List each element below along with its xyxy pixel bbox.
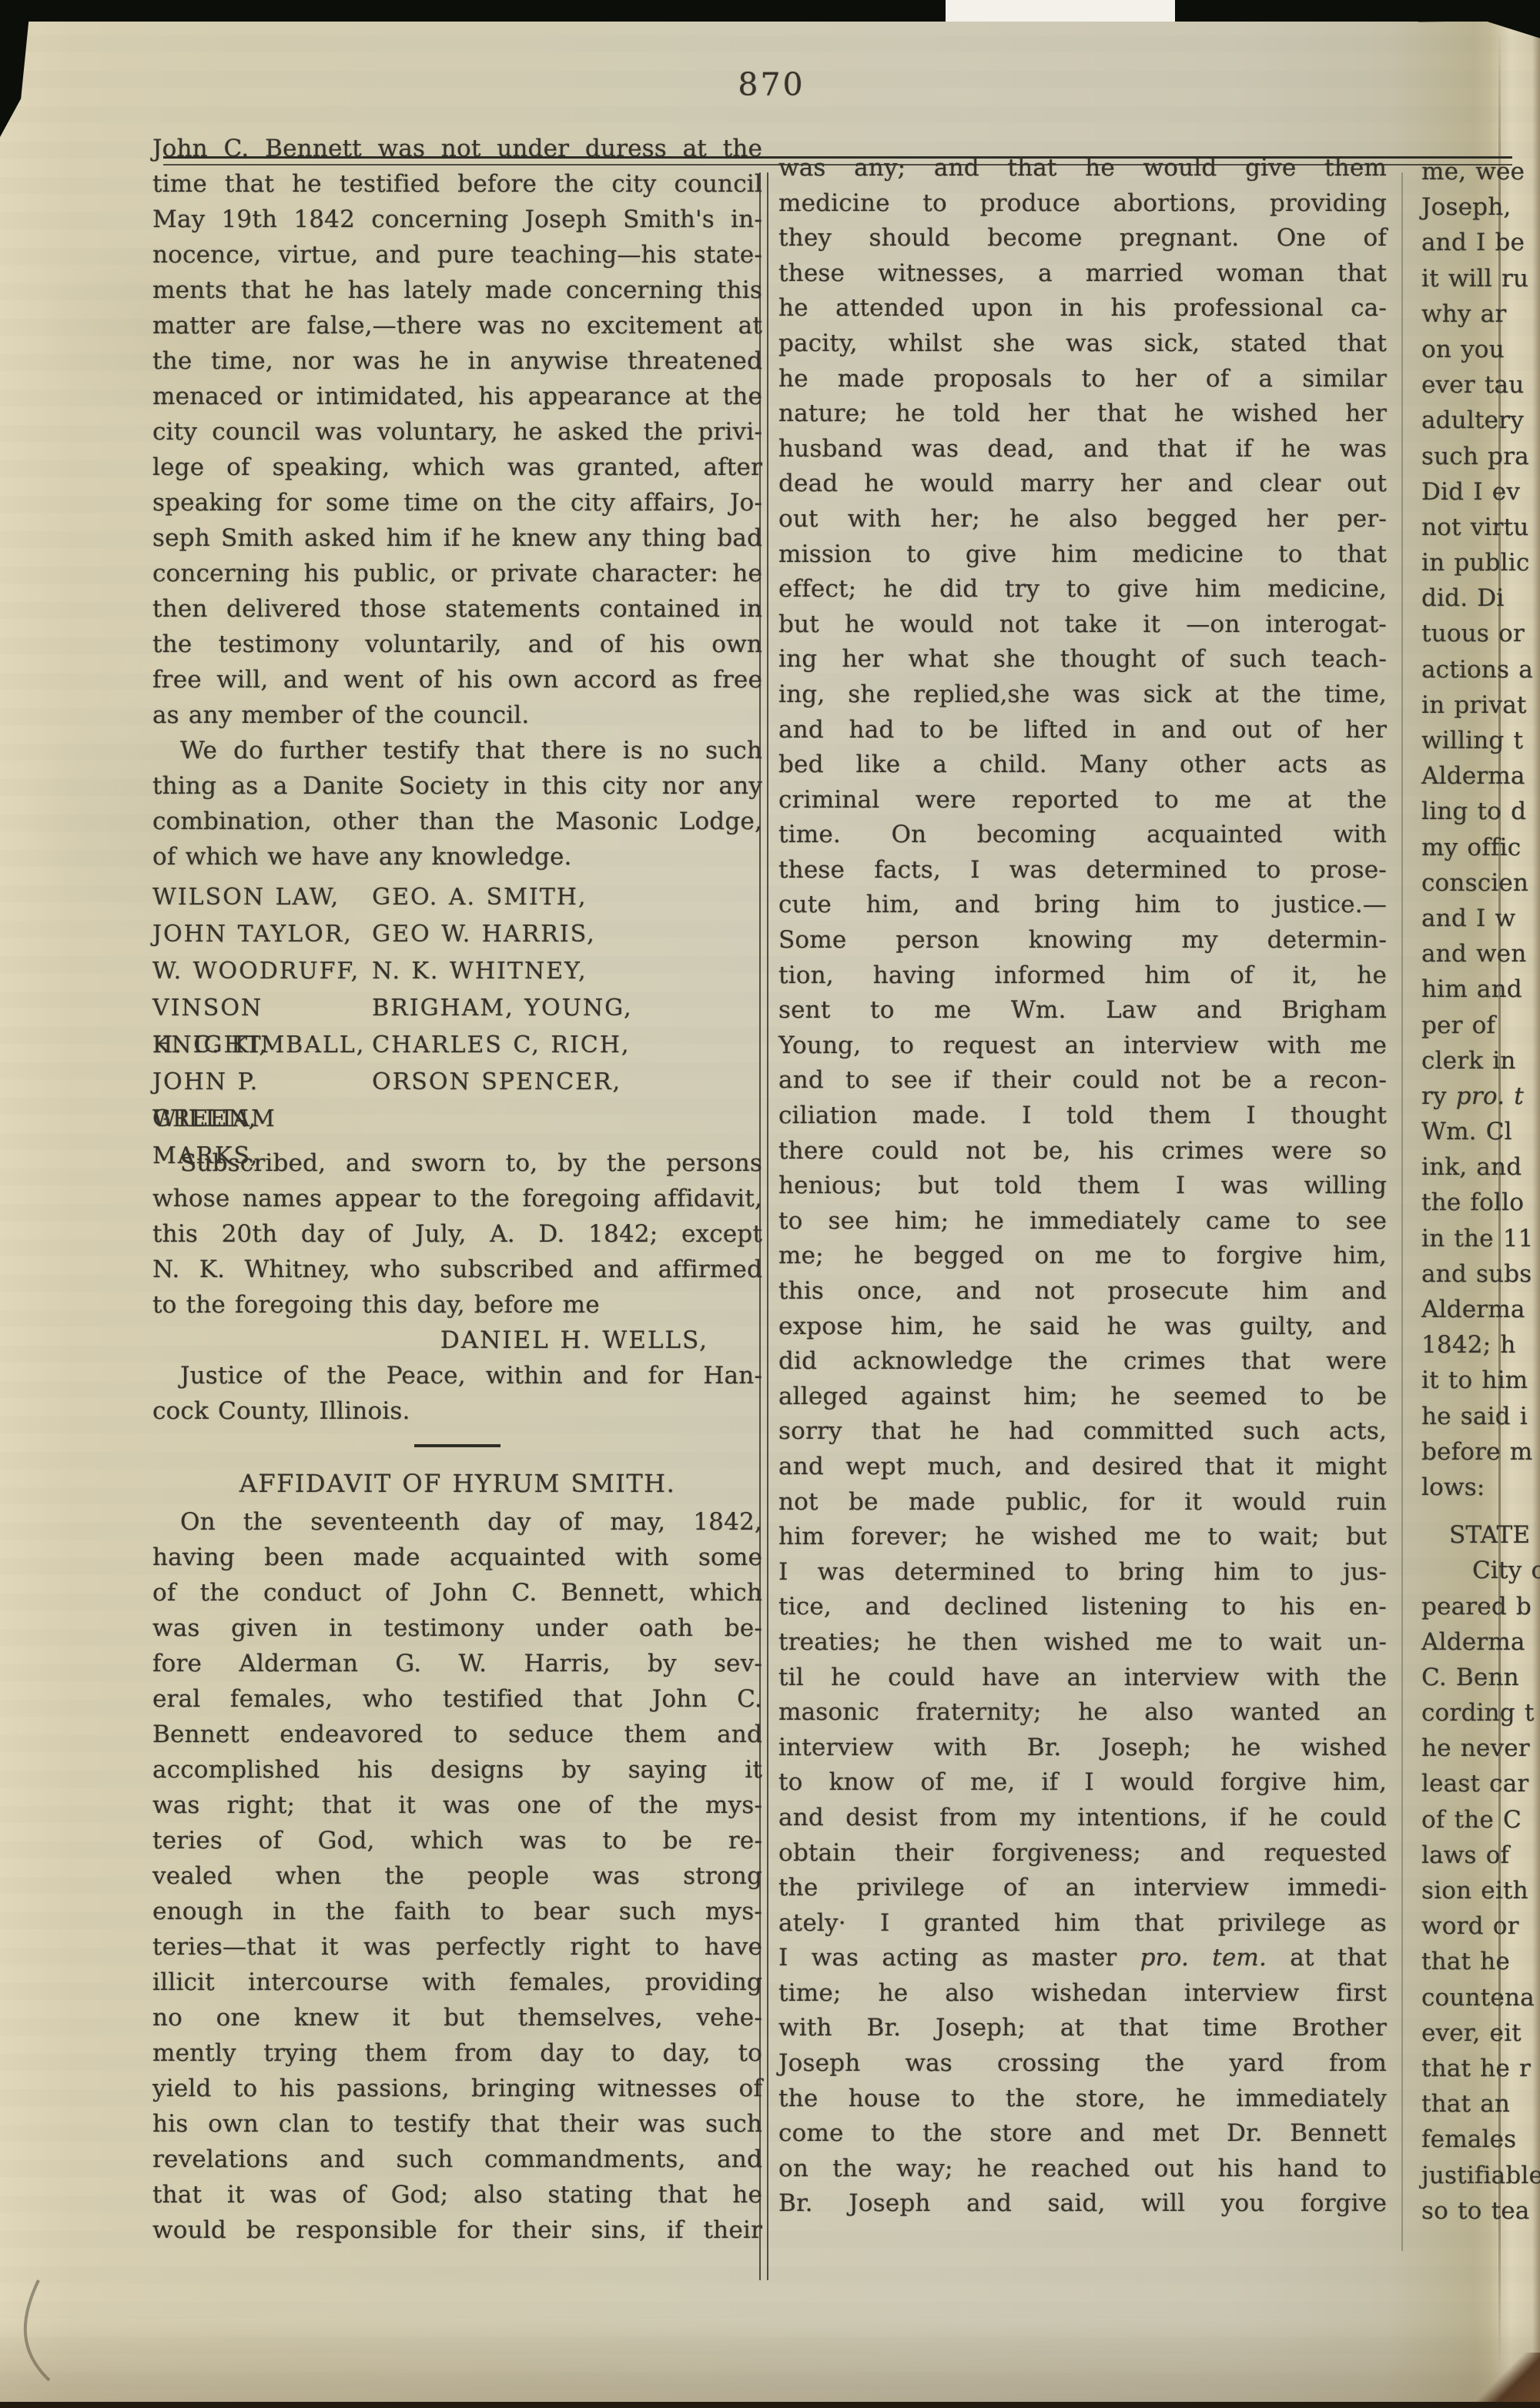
signatory-row: WILSON LAW,GEO. A. SMITH, [152,879,762,916]
text-line: cording t [1421,1695,1540,1731]
text-line: Wm. Cl [1421,1114,1540,1149]
paragraph: John C. Bennett was not under duress at … [152,131,762,733]
text-line: medicine to produce abortions, providing [778,186,1387,222]
text-line: he attended upon in his professional ca- [778,291,1387,326]
text-line: henious; but told them I was willing [778,1169,1387,1204]
text-line: criminal were reported to me at the [778,783,1387,818]
text-line: Joseph was crossing the yard from [778,2046,1387,2082]
signatory-name: H. C. KIMBALL, [152,1027,372,1064]
text-line: they should become pregnant. One of [778,221,1387,256]
text-line: not be made public, for it would ruin [778,1485,1387,1520]
page-number: 870 [733,66,810,103]
text-line: it will ru [1421,261,1540,296]
scan-top-white-tab [946,0,1175,22]
text-line: as any member of the council. [152,697,762,733]
text-line: ately· I granted him that privilege as [778,1906,1387,1941]
text-line: cute him, and bring him to justice.— [778,888,1387,923]
text-line: on you [1421,332,1540,367]
text-line: expose him, he said he was guilty, and [778,1309,1387,1345]
text-line: tuous or [1421,616,1540,651]
text-line: bed like a child. Many other acts as [778,747,1387,783]
text-line: his own clan to testify that their was s… [152,2106,762,2142]
text-line: yield to his passions, bringing witnesse… [152,2071,762,2106]
text-line: was right; that it was one of the mys- [152,1788,762,1823]
text-line: and desist from my intentions, if he cou… [778,1801,1387,1836]
text-line: I was determined to bring him to jus- [778,1555,1387,1590]
text-line: to know of me, if I would forgive him, [778,1765,1387,1801]
text-line: Subscribed, and sworn to, by the persons [152,1145,762,1181]
text-line: I was acting as master pro. tem. at that [778,1941,1387,1976]
signatory-name: N. K. WHITNEY, [372,953,762,990]
section-divider-rule [152,1429,762,1463]
text-line: C. Benn [1421,1660,1540,1695]
text-line: of the conduct of John C. Bennett, which [152,1575,762,1610]
text-line: countena [1421,1980,1540,2015]
text-line: me; he begged on me to forgive him, [778,1239,1387,1274]
binding-corner [1466,2353,1540,2408]
text-line: speaking for some time on the city affai… [152,485,762,520]
text-line: did. Di [1421,580,1540,616]
text-line: but he would not take it —on interogat- [778,607,1387,643]
text-line: in public [1421,545,1540,580]
text-line: willing t [1421,723,1540,758]
text-line: Justice of the Peace, within and for Han… [152,1358,762,1393]
text-line: Alderma [1421,758,1540,794]
text-line: May 19th 1842 concerning Joseph Smith's … [152,202,762,237]
text-line: not virtu [1421,510,1540,545]
text-line: conscien [1421,865,1540,901]
text-line: before m [1421,1434,1540,1470]
text-line: John C. Bennett was not under duress at … [152,131,762,166]
column-right-clipped: me, weeJoseph,and I beit will ruwhy aron… [1421,154,1540,2229]
text-line: and I w [1421,901,1540,936]
text-line: him forever; he wished me to wait; but [778,1520,1387,1555]
text-line: Young, to request an interview with me [778,1028,1387,1064]
paragraph: We do further testify that there is no s… [152,733,762,875]
text-line: with Br. Joseph; at that time Brother [778,2011,1387,2046]
column-divider-1 [767,172,768,2280]
text-line: mently trying them from day to day, to [152,2035,762,2071]
text-line: cock County, Illinois. [152,1393,762,1429]
signatory-name: JOHN TAYLOR, [152,916,372,953]
text-line: effect; he did try to give him medicine, [778,572,1387,607]
column-divider-2 [1401,172,1403,2251]
text-line: there could not be, his crimes were so [778,1134,1387,1169]
text-line: no one knew it but themselves, vehe- [152,2000,762,2035]
text-line: come to the store and met Dr. Bennett [778,2116,1387,2152]
text-line: that he r [1421,2051,1540,2086]
signatory-row: H. C. KIMBALL,CHARLES C, RICH, [152,1027,762,1064]
text-line: ever tau [1421,367,1540,403]
column-left: John C. Bennett was not under duress at … [152,131,762,2248]
text-line: my offic [1421,830,1540,865]
text-line: husband was dead, and that if he was [778,432,1387,467]
text-line: sion eith [1421,1873,1540,1908]
text-line: tice, and declined listening to his en- [778,1590,1387,1625]
text-line: lows: [1421,1470,1540,1505]
text-line: and wept much, and desired that it might [778,1450,1387,1485]
text-line: this 20th day of July, A. D. 1842; excep… [152,1216,762,1252]
text-line: tion, having informed him of it, he [778,958,1387,994]
text-line: sorry that he had committed such acts, [778,1414,1387,1450]
text-line: then delivered those statements containe… [152,591,762,627]
signatory-row: JOHN P. GREEN,ORSON SPENCER, [152,1064,762,1101]
text-line: the testimony voluntarily, and of his ow… [152,627,762,662]
text-line: Did I ev [1421,474,1540,510]
text-line: that an [1421,2086,1540,2122]
text-line: time; he also wishedan interview first [778,1976,1387,2012]
signatory-name: WILSON LAW, [152,879,372,916]
scan-top-black-edge [0,0,1540,22]
text-line: of the C [1421,1802,1540,1838]
text-line: to see him; he immediately came to see [778,1204,1387,1239]
text-line: he said i [1421,1399,1540,1434]
text-line: Br. Joseph and said, will you forgive [778,2186,1387,2222]
text-line: concerning his public, or private charac… [152,556,762,591]
text-line: was any; and that he would give them [778,151,1387,186]
text-line: vealed when the people was strong [152,1858,762,1894]
text-line: Bennett endeavored to seduce them and [152,1717,762,1752]
text-line: STATE [1421,1517,1540,1553]
column-middle: was any; and that he would give themmedi… [778,151,1387,2222]
text-line: to the foregoing this day, before me [152,1287,762,1323]
text-line: actions a [1421,652,1540,687]
text-line: On the seventeenth day of may, 1842, [152,1504,762,1540]
text-line: and wen [1421,936,1540,972]
signatory-name: WILLIAM MARKS, [152,1101,372,1138]
text-line: why ar [1421,296,1540,332]
signatory-name: ORSON SPENCER, [372,1064,762,1101]
signatory-name: W. WOODRUFF, [152,953,372,990]
text-line: ever, eit [1421,2015,1540,2051]
text-line: We do further testify that there is no s… [152,733,762,768]
text-line: and to see if their could not be a recon… [778,1063,1387,1099]
text-line: out with her; he also begged her per- [778,502,1387,537]
text-line: ling to d [1421,794,1540,829]
text-line: ments that he has lately made concerning… [152,273,762,308]
affidavit-heading: AFFIDAVIT OF HYRUM SMITH. [152,1463,762,1504]
text-line: these witnesses, a married woman that [778,256,1387,292]
signatory-row: JOHN TAYLOR,GEO W. HARRIS, [152,916,762,953]
text-line: did acknowledge the crimes that were [778,1344,1387,1380]
text-line: such pra [1421,439,1540,474]
text-line: eral females, who testified that John C. [152,1681,762,1717]
text-line: he made proposals to her of a similar [778,362,1387,397]
signatory-name-list: WILSON LAW,GEO. A. SMITH,JOHN TAYLOR,GEO… [152,879,762,1138]
text-line: accomplished his designs by saying it [152,1752,762,1788]
text-line: 1842; h [1421,1327,1540,1363]
text-line: laws of [1421,1838,1540,1873]
text-line: interview with Br. Joseph; he wished [778,1731,1387,1766]
text-line: teries of God, which was to be re- [152,1823,762,1858]
text-line: revelations and such commandments, and [152,2142,762,2177]
page-bottom-shadow [0,2316,1540,2408]
paragraph: Subscribed, and sworn to, by the persons… [152,1145,762,1323]
text-line: thing as a Danite Society in this city n… [152,768,762,804]
clipped-text-block: me, weeJoseph,and I beit will ruwhy aron… [1421,154,1540,1505]
text-line: City o [1421,1553,1540,1588]
signatory-row: VINSON KNIGHT,BRIGHAM, YOUNG, [152,990,762,1027]
text-line: Some person knowing my determin- [778,923,1387,958]
text-line: having been made acquainted with some [152,1540,762,1575]
scanned-book-page: 870 John C. Bennett was not under duress… [0,0,1540,2408]
text-line: treaties; he then wished me to wait un- [778,1625,1387,1661]
text-line: and had to be lifted in and out of her [778,713,1387,748]
text-line: of which we have any knowledge. [152,839,762,875]
text-line: that it was of God; also stating that he [152,2177,762,2212]
text-line: mission to give him medicine to that [778,537,1387,573]
text-line: alleged against him; he seemed to be [778,1380,1387,1415]
text-line: teries—that it was perfectly right to ha… [152,1929,762,1965]
text-line: so to tea [1421,2193,1540,2229]
text-line: fore Alderman G. W. Harris, by sev- [152,1646,762,1681]
text-line: per of [1421,1008,1540,1043]
text-line: adultery [1421,403,1540,438]
text-line: Alderma [1421,1292,1540,1327]
text-line: ing, she replied,she was sick at the tim… [778,677,1387,713]
text-line: peared b [1421,1589,1540,1624]
text-line: ink, and [1421,1149,1540,1185]
text-line: masonic fraternity; he also wanted an [778,1695,1387,1731]
signatory-name: GEO. A. SMITH, [372,879,762,916]
text-line: dead he would marry her and clear out [778,467,1387,502]
text-line: nocence, virtue, and pure teaching—his s… [152,237,762,273]
text-line: and subs [1421,1256,1540,1292]
text-line: that he [1421,1944,1540,1979]
text-line: city council was voluntary, he asked the… [152,414,762,450]
text-line: would be responsible for their sins, if … [152,2212,762,2248]
text-line: sent to me Wm. Law and Brigham [778,993,1387,1028]
paragraph: Justice of the Peace, within and for Han… [152,1358,762,1429]
text-line: him and [1421,972,1540,1007]
text-line: the house to the store, he immediately [778,2082,1387,2117]
signatory-name [372,1101,762,1138]
clipped-text-block: STATECity opeared bAldermaC. Benncording… [1421,1517,1540,2229]
signatory-row: WILLIAM MARKS, [152,1101,762,1138]
text-line: he never [1421,1731,1540,1766]
text-line: ciliation made. I told them I thought [778,1099,1387,1134]
text-line: obtain their forgiveness; and requested [778,1836,1387,1871]
text-line: was given in testimony under oath be- [152,1610,762,1646]
text-line: me, wee [1421,154,1540,189]
signatory-name: VINSON KNIGHT, [152,990,372,1027]
signatory-name: GEO W. HARRIS, [372,916,762,953]
text-line: word or [1421,1908,1540,1944]
text-line: pacity, whilst she was sick, stated that [778,326,1387,362]
paragraph: On the seventeenth day of may, 1842,havi… [152,1504,762,2248]
text-line: on the way; he reached out his hand to [778,2152,1387,2187]
signatory-row: W. WOODRUFF,N. K. WHITNEY, [152,953,762,990]
text-line: lege of speaking, which was granted, aft… [152,450,762,485]
text-line: ry pro. t [1421,1079,1540,1114]
signature-line: DANIEL H. WELLS, [152,1323,762,1358]
text-line: justifiable [1421,2158,1540,2193]
text-line: Alderma [1421,1624,1540,1660]
paragraph: was any; and that he would give themmedi… [778,151,1387,2222]
text-line: time. On becoming acquainted with [778,818,1387,853]
text-line: least car [1421,1766,1540,1801]
text-line: these facts, I was determined to prose- [778,853,1387,888]
text-line: whose names appear to the foregoing affi… [152,1181,762,1216]
text-line: the privilege of an interview immedi- [778,1871,1387,1906]
text-line: N. K. Whitney, who subscribed and affirm… [152,1252,762,1287]
text-line: illicit intercourse with females, provid… [152,1965,762,2000]
text-line: matter are false,—there was no excitemen… [152,308,762,343]
text-line: clerk in [1421,1043,1540,1079]
text-line: the time, nor was he in anywise threaten… [152,343,762,379]
text-line: enough in the faith to bear such mys- [152,1894,762,1929]
text-line: combination, other than the Masonic Lodg… [152,804,762,839]
text-line: ing her what she thought of such teach- [778,642,1387,677]
text-line: in privat [1421,687,1540,723]
signatory-name: JOHN P. GREEN, [152,1064,372,1101]
text-line: seph Smith asked him if he knew any thin… [152,520,762,556]
text-line: til he could have an interview with the [778,1661,1387,1696]
text-line: it to him [1421,1363,1540,1398]
text-line: in the 11 [1421,1221,1540,1256]
text-line: Joseph, [1421,189,1540,225]
text-line: nature; he told her that he wished her [778,396,1387,432]
text-line: this once, and not prosecute him and [778,1274,1387,1309]
text-line: menaced or intimidated, his appearance a… [152,379,762,414]
text-line: females [1421,2122,1540,2157]
text-line: the follo [1421,1185,1540,1220]
text-line: and I be [1421,225,1540,260]
scan-bottom-edge [0,2402,1540,2408]
text-line: time that he testified before the city c… [152,166,762,202]
text-line: free will, and went of his own accord as… [152,662,762,697]
signatory-name: CHARLES C, RICH, [372,1027,762,1064]
signatory-name: BRIGHAM, YOUNG, [372,990,762,1027]
